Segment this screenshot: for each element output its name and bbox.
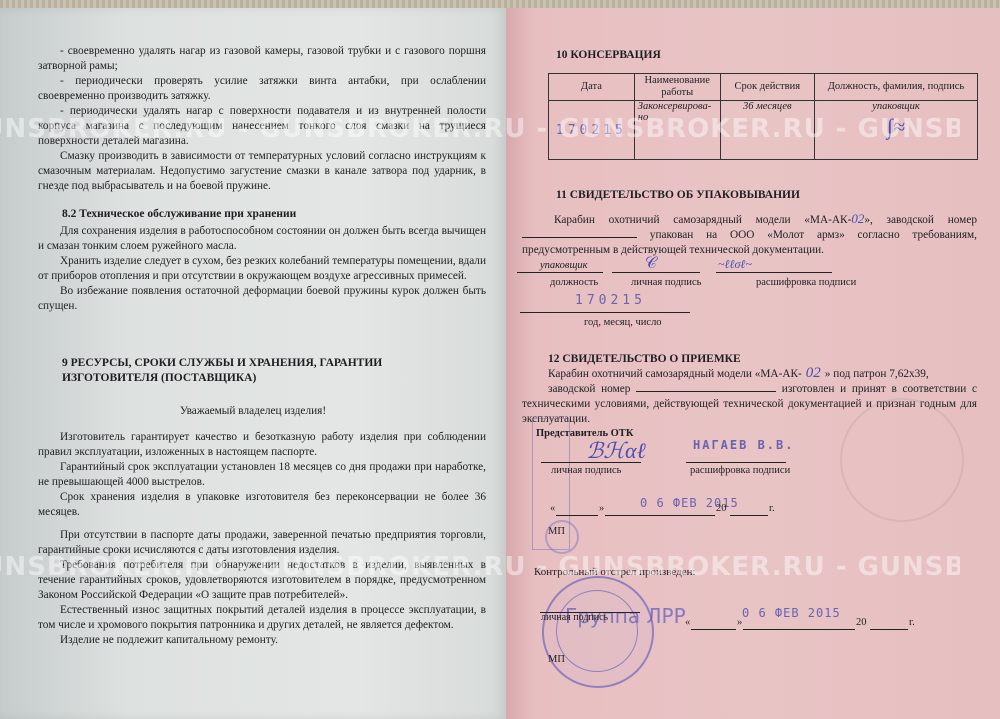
date-quote: « [550, 503, 555, 514]
paragraph: Изделие не подлежит капитальному ремонту… [38, 633, 486, 648]
faded-seal-icon [840, 398, 964, 522]
year-suffix: г. [909, 617, 915, 628]
date-stamp: 170215 [575, 293, 646, 308]
section-10-title: 10 КОНСЕРВАЦИЯ [556, 48, 661, 63]
section-11-title: 11 СВИДЕТЕЛЬСТВО ОБ УПАКОВЫВАНИИ [556, 188, 800, 203]
paragraph: Во избежание появления остаточной деформ… [38, 284, 486, 314]
round-seal-inner-icon [556, 590, 638, 672]
otk-signature-icon: ℬℋαℓ [586, 438, 646, 464]
section-8-2-title: 8.2 Техническое обслуживание при хранени… [62, 207, 296, 222]
work-cell: Законсервирова-но [634, 101, 720, 160]
column-header: Дата [549, 74, 635, 101]
paragraph: Срок хранения изделия в упаковке изготов… [38, 490, 486, 520]
paragraph: При отсутствии в паспорте даты продажи, … [38, 528, 486, 558]
table-header-row: Дата Наименование работы Срок действия Д… [549, 74, 978, 101]
year-suffix: г. [769, 503, 775, 514]
label: должность [550, 277, 598, 288]
label: расшифровка подписи [756, 277, 856, 288]
year-prefix: 20 [716, 503, 727, 514]
section-8-2-body: Для сохранения изделия в работоспособном… [38, 224, 486, 314]
text: » под патрон 7,62х39, [825, 368, 929, 380]
date-stamp: 170215 [556, 123, 627, 138]
paragraph: Хранить изделие следует в сухом, без рез… [38, 254, 486, 284]
text: упакован на ООО «Молот армз» согласно тр… [522, 229, 977, 256]
section-9-title-line: 9 РЕСУРСЫ, СРОКИ СЛУЖБЫ И ХРАНЕНИЯ, ГАРА… [62, 356, 382, 371]
paragraph: Требования потребителя при обнаружении н… [38, 558, 486, 603]
stamp-mark [545, 520, 579, 554]
date-quote: « [685, 617, 690, 628]
text: », заводской номер [864, 214, 977, 226]
text: заводской номер [548, 383, 630, 395]
signature-scribble-icon: ∫≈ [815, 114, 977, 140]
label: год, месяц, число [584, 317, 662, 328]
column-header: Срок действия [720, 74, 814, 101]
model-handwritten: 02 [802, 365, 825, 381]
date-cell: 170215 [549, 101, 635, 160]
otk-name-stamp: НАГАЕВ В.В. [693, 438, 794, 452]
lubrication-paragraph: Смазку производить в зависимости от темп… [38, 149, 486, 194]
section-12-title: 12 СВИДЕТЕЛЬСТВО О ПРИЕМКЕ [548, 352, 741, 367]
control-shot-label: Контрольный отстрел произведен: [534, 566, 696, 578]
maintenance-item: - своевременно удалять нагар из газовой … [38, 44, 486, 74]
maintenance-item: - периодически удалять нагар с поверхнос… [38, 104, 486, 149]
paragraph: Изготовитель гарантирует качество и безо… [38, 430, 486, 460]
section-9-body: Изготовитель гарантирует качество и безо… [38, 430, 486, 648]
table-row: 170215 Законсервирова-но 36 месяцев упак… [549, 101, 978, 160]
column-header: Должность, фамилия, подпись [814, 74, 977, 101]
year-prefix: 20 [856, 617, 867, 628]
section-9-title: 9 РЕСУРСЫ, СРОКИ СЛУЖБЫ И ХРАНЕНИЯ, ГАРА… [62, 356, 382, 386]
date-stamp: 0 6 ФЕВ 2015 [742, 606, 841, 620]
label: личная подпись [551, 465, 621, 476]
maintenance-list: - своевременно удалять нагар из газовой … [38, 44, 486, 194]
label: расшифровка подписи [690, 465, 790, 476]
conservation-table: Дата Наименование работы Срок действия Д… [548, 73, 978, 160]
text: Карабин охотничий самозарядный модели «М… [554, 214, 851, 226]
position-value: упаковщик [540, 260, 588, 271]
column-header: Наименование работы [634, 74, 720, 101]
term-cell: 36 месяцев [720, 101, 814, 160]
paragraph: Гарантийный срок эксплуатации установлен… [38, 460, 486, 490]
model-handwritten: 02 [851, 211, 864, 226]
signer-cell: упаковщик ∫≈ [814, 101, 977, 160]
date-quote: » [599, 503, 604, 514]
maintenance-item: - периодически проверять усилие затяжки … [38, 74, 486, 104]
signature-icon: 𝒞 [645, 255, 657, 273]
signature-decode-scribble-icon: ~ℓℓσℓ~ [718, 257, 752, 272]
paragraph: Естественный износ защитных покрытий дет… [38, 603, 486, 633]
signer-position: упаковщик [872, 101, 920, 112]
label: личная подпись [541, 612, 608, 623]
section-11-body: Карабин охотничий самозарядный модели «М… [522, 211, 977, 258]
paragraph: Для сохранения изделия в работоспособном… [38, 224, 486, 254]
date-quote: » [737, 617, 742, 628]
mp-label: МП [548, 654, 565, 665]
greeting: Уважаемый владелец изделия! [0, 404, 506, 419]
label: личная подпись [631, 277, 701, 288]
section-9-title-line: ИЗГОТОВИТЕЛЯ (ПОСТАВЩИКА) [62, 371, 382, 386]
text: Карабин охотничий самозарядный модели «М… [548, 368, 802, 380]
